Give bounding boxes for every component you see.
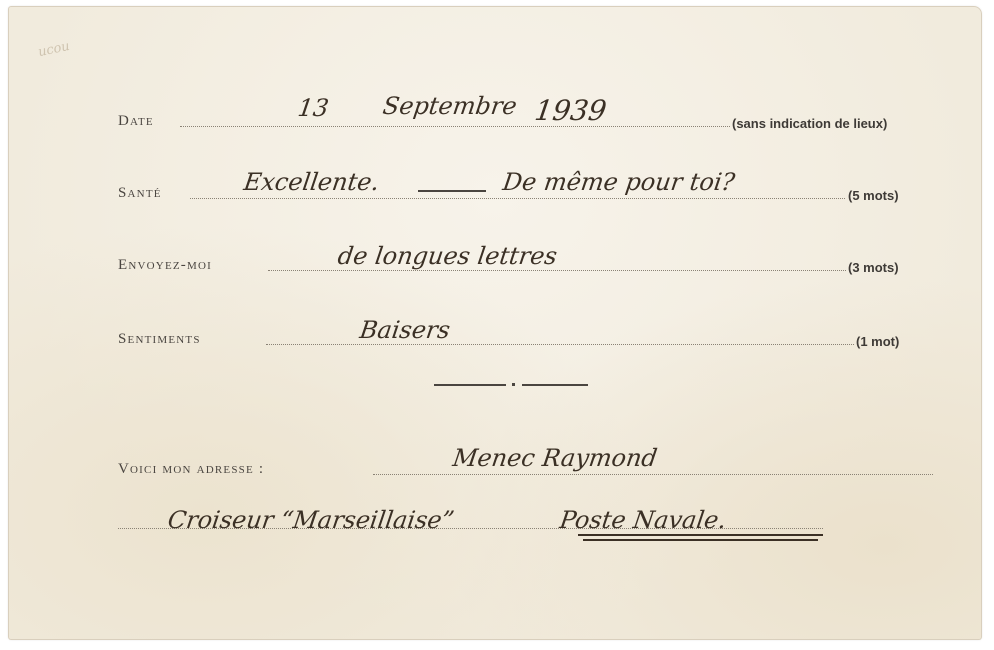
date-month: Septembre: [381, 92, 519, 120]
sentiments-field: Sentiments (1 mot): [118, 320, 918, 350]
health-label: Santé: [118, 185, 162, 202]
date-dotted-line: [180, 126, 730, 127]
address-underline-1: [578, 534, 823, 536]
health-dotted-line: [190, 198, 845, 199]
pencil-mark: ucou: [37, 39, 71, 60]
separator-dot: [512, 383, 515, 386]
address-underline-2: [583, 539, 818, 541]
separator-left: [434, 384, 506, 386]
war-correspondence-card: ucou Date (sans indication de lieux) 13 …: [8, 6, 982, 640]
health-answer-1: Excellente.: [242, 168, 381, 196]
sentiments-dotted-line: [266, 344, 854, 345]
date-note: (sans indication de lieux): [732, 116, 887, 131]
sentiments-label: Sentiments: [118, 331, 201, 348]
health-dash: [418, 190, 486, 192]
date-label: Date: [118, 113, 154, 130]
address-dotted-line-1: [373, 474, 933, 475]
address-post: Poste Navale.: [558, 506, 728, 534]
separator-right: [522, 384, 588, 386]
sentiments-note: (1 mot): [856, 334, 899, 349]
date-year: 1939: [533, 94, 609, 127]
sentiments-answer: Baisers: [358, 316, 452, 344]
date-field: Date (sans indication de lieux): [118, 102, 918, 132]
send-me-note: (3 mots): [848, 260, 899, 275]
address-name: Menec Raymond: [451, 444, 659, 472]
send-me-dotted-line: [268, 270, 846, 271]
send-me-label: Envoyez-moi: [118, 257, 212, 274]
address-label: Voici mon adresse :: [118, 461, 264, 478]
send-me-answer: de longues lettres: [336, 242, 559, 270]
date-day: 13: [296, 94, 330, 122]
health-note: (5 mots): [848, 188, 899, 203]
health-answer-2: De même pour toi?: [501, 168, 737, 196]
address-ship: Croiseur “Marseillaise”: [166, 506, 456, 534]
